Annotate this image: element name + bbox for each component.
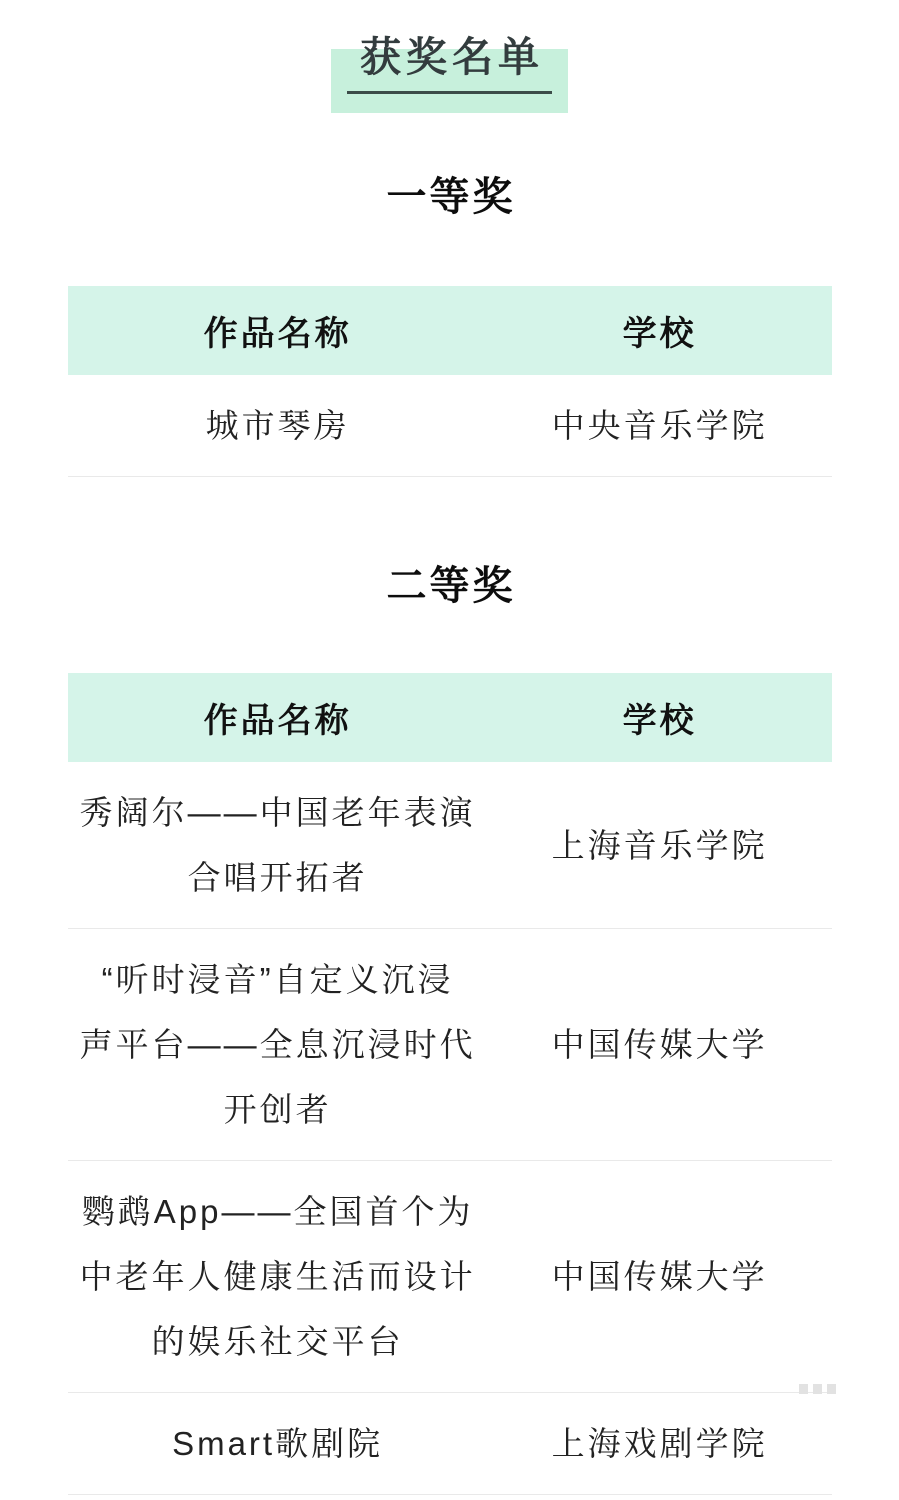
work-name-cell: 秀阔尔——中国老年表演 合唱开拓者 — [68, 780, 488, 910]
column-header-work-name: 作品名称 — [68, 306, 488, 355]
table-row: 城市琴房 中央音乐学院 — [68, 375, 832, 477]
work-name-cell: 鹦鹉App——全国首个为 中老年人健康生活而设计 的娱乐社交平台 — [68, 1179, 488, 1374]
table-row: Smart歌剧院 上海戏剧学院 — [68, 1393, 832, 1495]
column-header-school: 学校 — [488, 306, 832, 355]
faint-watermark-icon — [799, 1384, 836, 1394]
table-header-row: 作品名称 学校 — [68, 673, 832, 762]
page-title: 获奖名单 — [331, 33, 568, 82]
work-name-cell: Smart歌剧院 — [68, 1411, 488, 1476]
table-header-row: 作品名称 学校 — [68, 286, 832, 375]
title-underline-rule — [347, 91, 552, 94]
table-row: 秀阔尔——中国老年表演 合唱开拓者 上海音乐学院 — [68, 762, 832, 929]
column-header-work-name: 作品名称 — [68, 693, 488, 742]
work-name-cell: 城市琴房 — [68, 393, 488, 458]
section-heading-first-prize: 一等奖 — [0, 177, 899, 217]
second-prize-table: 作品名称 学校 秀阔尔——中国老年表演 合唱开拓者 上海音乐学院 “听时浸音”自… — [68, 673, 832, 1495]
award-list-page: 获奖名单 一等奖 作品名称 学校 城市琴房 中央音乐学院 二等奖 作品名称 学校… — [0, 0, 899, 1500]
work-name-cell: “听时浸音”自定义沉浸 声平台——全息沉浸时代 开创者 — [68, 947, 488, 1142]
table-row: “听时浸音”自定义沉浸 声平台——全息沉浸时代 开创者 中国传媒大学 — [68, 929, 832, 1161]
table-row: 鹦鹉App——全国首个为 中老年人健康生活而设计 的娱乐社交平台 中国传媒大学 — [68, 1161, 832, 1393]
school-cell: 上海戏剧学院 — [488, 1411, 832, 1476]
column-header-school: 学校 — [488, 693, 832, 742]
school-cell: 中央音乐学院 — [488, 393, 832, 458]
page-title-highlight-box: 获奖名单 — [331, 49, 568, 113]
section-heading-second-prize: 二等奖 — [0, 566, 899, 606]
first-prize-table: 作品名称 学校 城市琴房 中央音乐学院 — [68, 286, 832, 477]
school-cell: 中国传媒大学 — [488, 1012, 832, 1077]
school-cell: 中国传媒大学 — [488, 1244, 832, 1309]
school-cell: 上海音乐学院 — [488, 813, 832, 878]
